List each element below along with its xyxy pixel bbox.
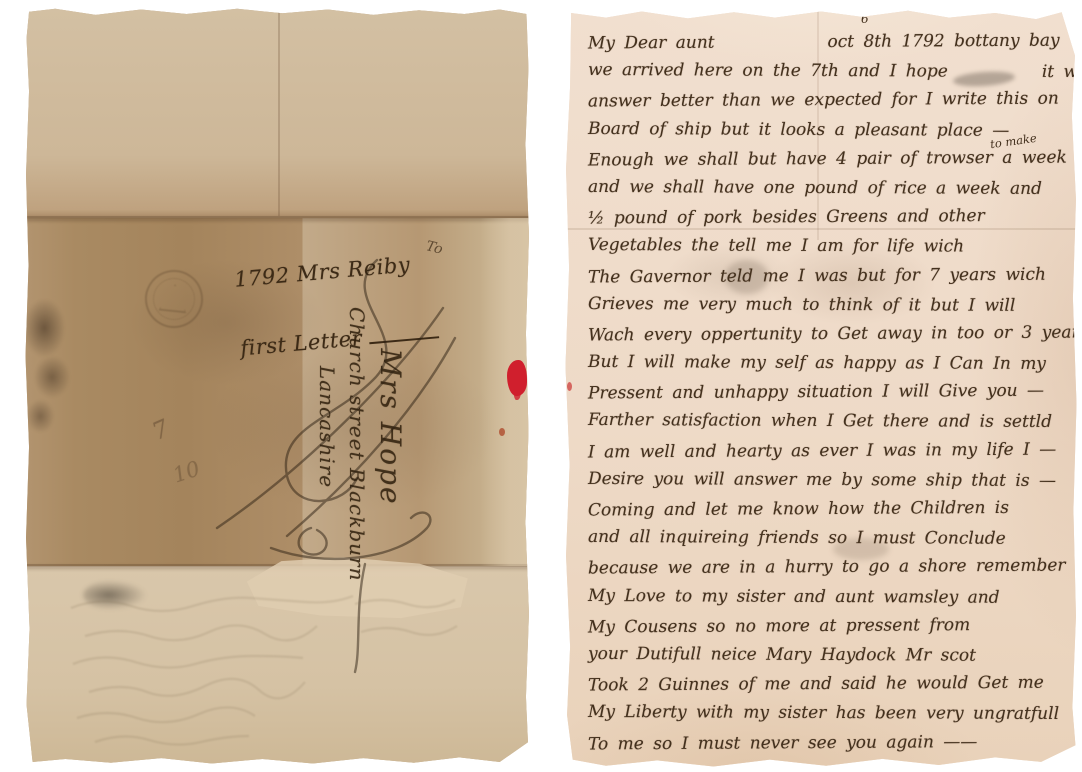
letter-line: Coming and let me know how the Children … xyxy=(588,498,1067,530)
letter-line: Wach every oppertunity to Get away in to… xyxy=(588,322,1067,354)
vertical-fold-crease xyxy=(278,10,280,216)
archival-note-line: 1792 Mrs Reiby xyxy=(233,251,434,291)
address-block: Mrs HopeChurch street BlackburnLancashir… xyxy=(312,307,408,547)
address-line: Church street Blackburn xyxy=(342,307,372,547)
letter-line: ½ pound of pork besides Greens and other xyxy=(588,206,1067,238)
letter-line: My Cousens so no more at pressent from xyxy=(588,614,1067,646)
address-line: Lancashire xyxy=(312,307,342,547)
letter-line: To me so I must never see you again —— xyxy=(588,731,1067,763)
wax-speck xyxy=(499,428,505,436)
letter-line: and all inquireing friends so I must Con… xyxy=(588,527,1067,558)
letter-line: Pressent and unhappy situation I will Gi… xyxy=(588,381,1067,413)
letter-line: because we are in a hurry to go a shore … xyxy=(588,556,1067,588)
letter-line: My Love to my sister and aunt wamsley an… xyxy=(588,586,1067,617)
letter-line: your Dutifull neice Mary Haydock Mr scot xyxy=(588,644,1067,675)
letter-line: Farther satisfaction when I Get there an… xyxy=(588,410,1067,441)
letter-line: Board of ship but it looks a pleasant pl… xyxy=(588,119,1067,150)
date-correction-superscript: 6 xyxy=(861,12,869,26)
right-page: 6 to make My Dear aunt oct 8th 1792 bott… xyxy=(565,10,1077,768)
wax-speck xyxy=(567,382,572,391)
letter-line: My Liberty with my sister has been very … xyxy=(588,702,1067,733)
letter-line: Took 2 Guinnes of me and said he would G… xyxy=(588,673,1067,705)
letter-line: Enough we shall but have 4 pair of trows… xyxy=(588,147,1067,179)
smudge-stain xyxy=(83,580,147,610)
letter-line: Desire you will answer me by some ship t… xyxy=(588,469,1067,500)
letter-scan: 1792 Mrs Reiby first Letter To Mrs HopeC… xyxy=(0,0,1082,772)
left-page: 1792 Mrs Reiby first Letter To Mrs HopeC… xyxy=(25,8,530,765)
letter-line: But I will make my self as happy as I Ca… xyxy=(588,352,1067,383)
letter-body: My Dear aunt oct 8th 1792 bottany baywe … xyxy=(588,32,1067,762)
letter-line: My Dear aunt oct 8th 1792 bottany bay xyxy=(588,31,1067,63)
ink-blot xyxy=(17,293,95,433)
letter-line: we arrived here on the 7th and I hope it… xyxy=(588,60,1067,91)
letter-line: answer better than we expected for I wri… xyxy=(588,89,1067,121)
letter-line: and we shall have one pound of rice a we… xyxy=(588,177,1067,208)
letter-line: I am well and hearty as ever I was in my… xyxy=(588,439,1067,471)
letter-line: The Gavernor teld me I was but for 7 yea… xyxy=(588,264,1067,296)
wax-seal-remnant xyxy=(507,360,527,396)
letter-line: Vegetables the tell me I am for life wic… xyxy=(588,235,1067,266)
address-line: Mrs Hope xyxy=(372,307,408,547)
letter-line: Grieves me very much to think of it but … xyxy=(588,294,1067,325)
